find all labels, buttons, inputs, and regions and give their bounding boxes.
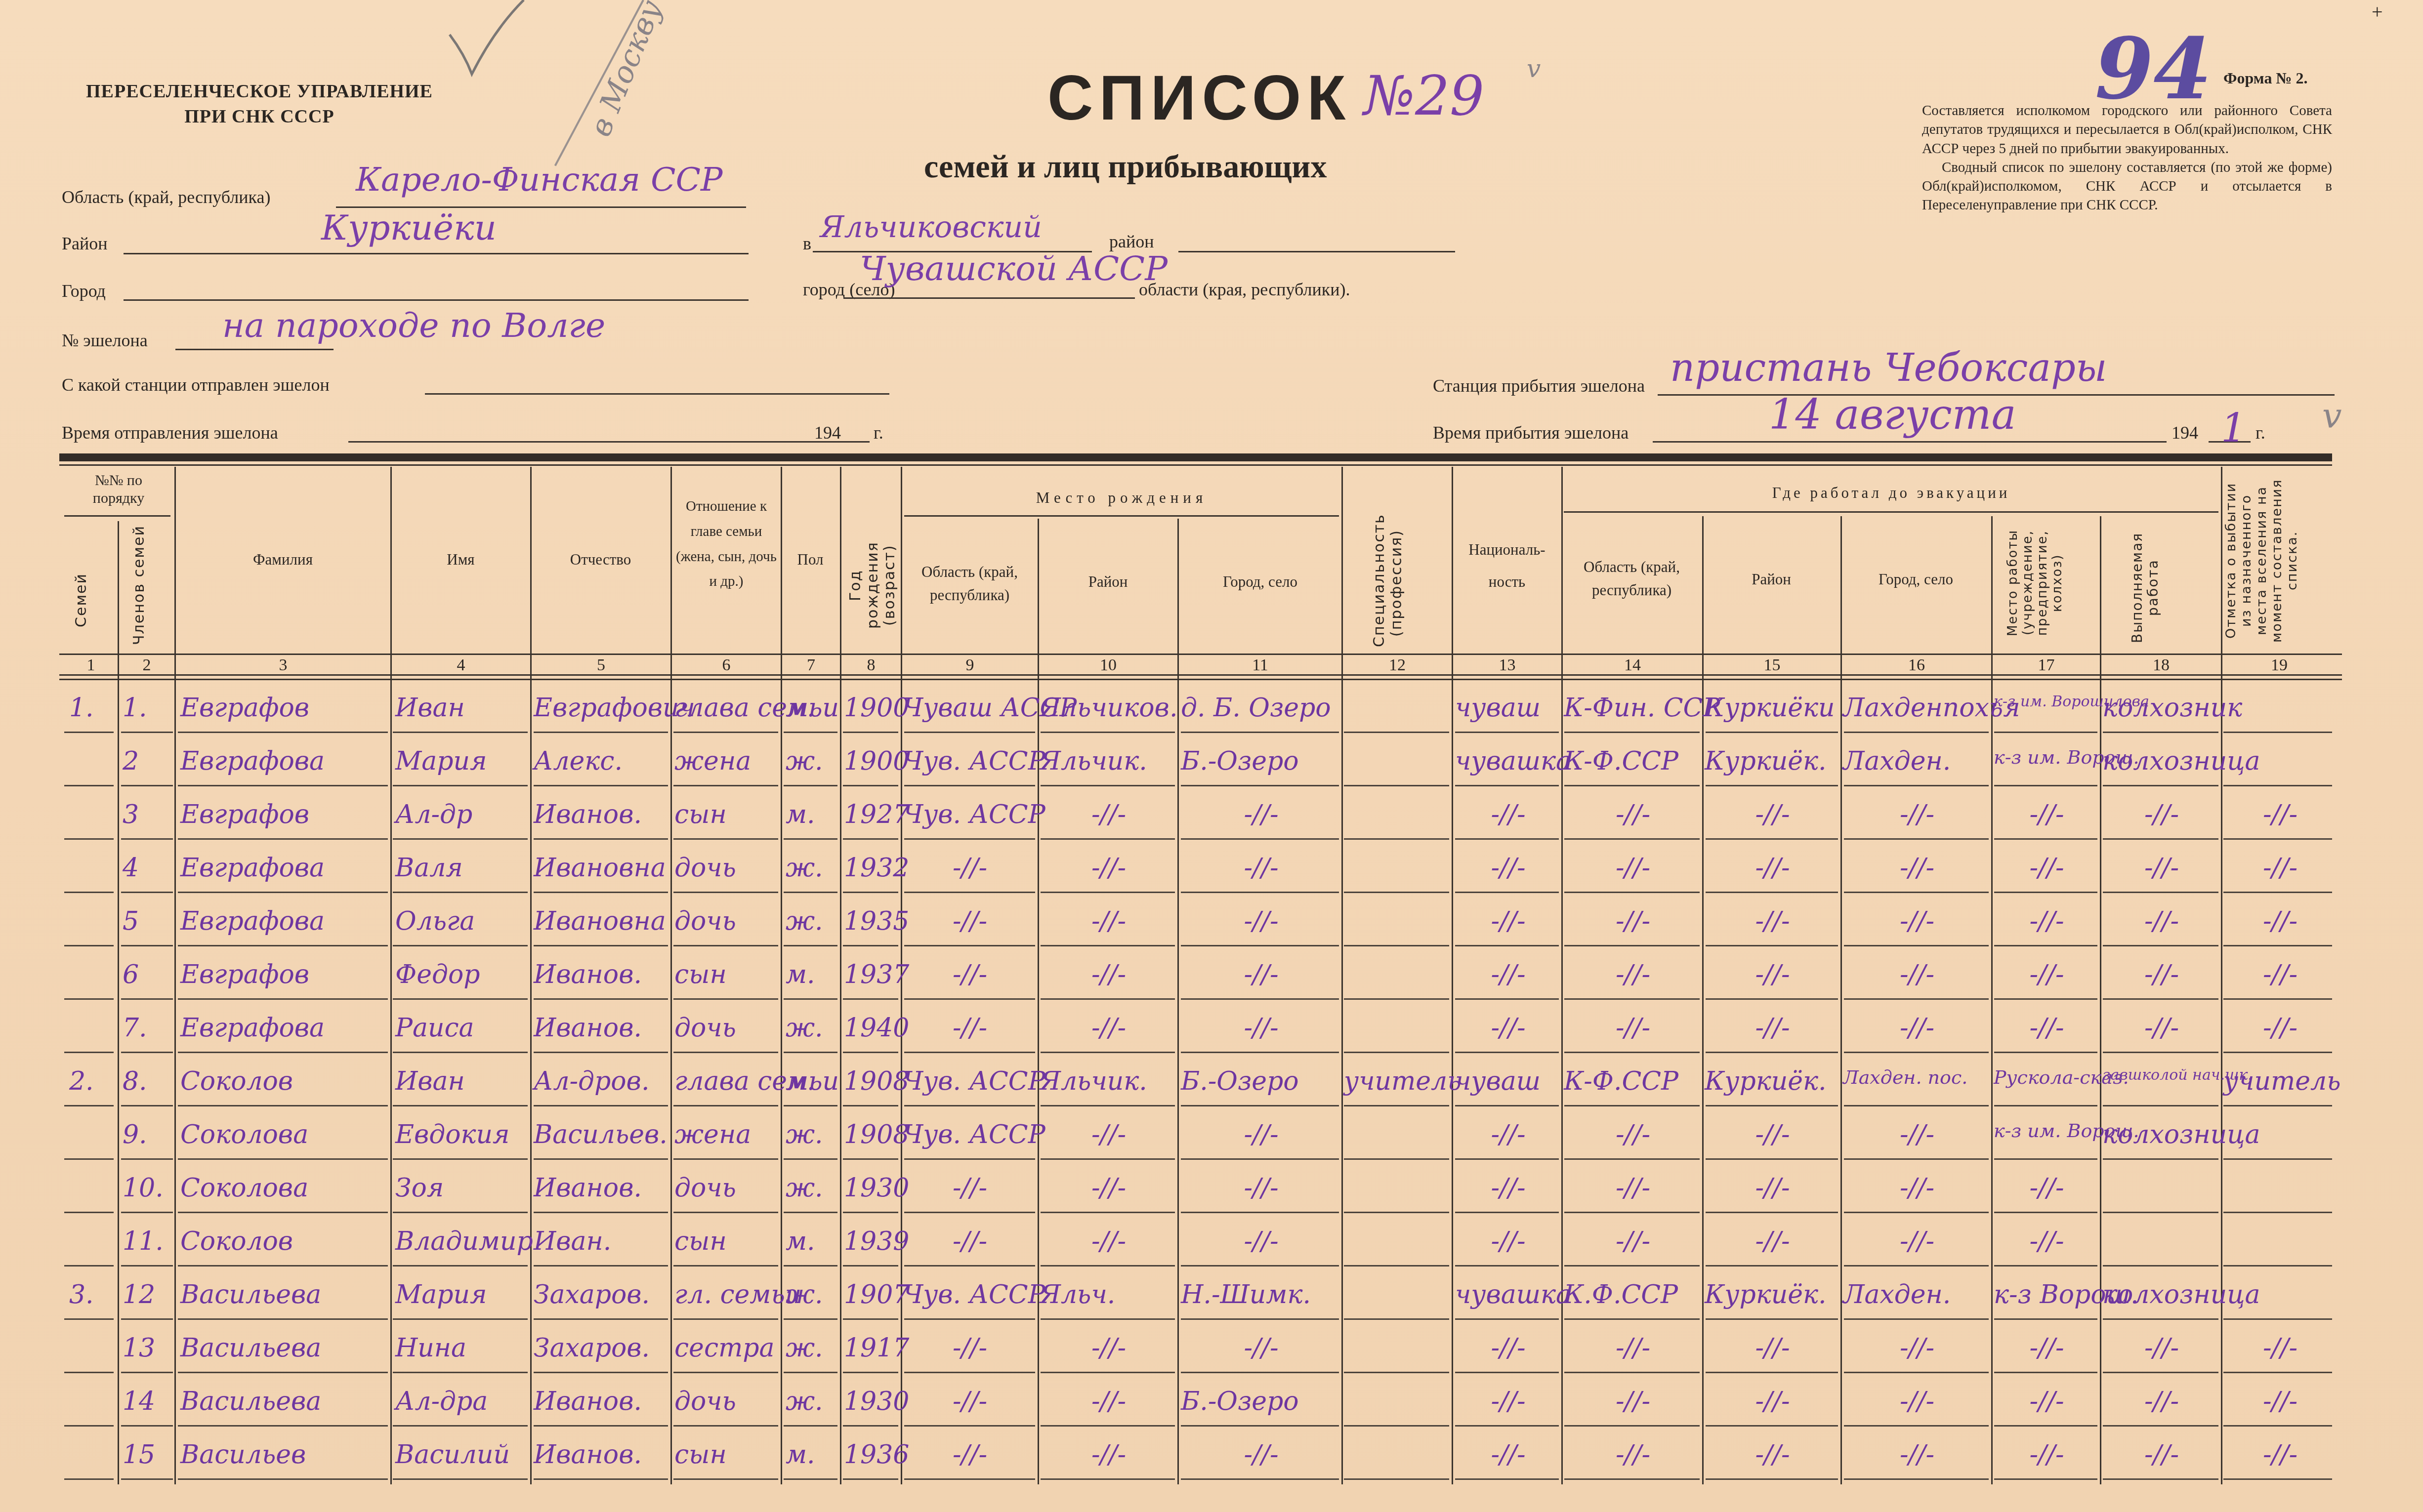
cell-nationality: -//- (1455, 1440, 1561, 1470)
cell-sex: м. (786, 960, 840, 989)
row-rule (1844, 892, 1989, 893)
row-rule (1181, 1265, 1339, 1267)
row-rule (64, 998, 114, 1000)
cell-b-rayon: -//- (1040, 960, 1177, 989)
col-divider (1452, 467, 1453, 1484)
cell-b-oblast: Чув. АССР (903, 1066, 1037, 1096)
form-label: Форма № 2. (2223, 69, 2308, 87)
col-divider (840, 467, 841, 1484)
row-rule (784, 1158, 837, 1160)
row-rule (843, 1425, 898, 1427)
col-header-11: Город, село (1180, 571, 1340, 594)
cell-w-oblast: -//- (1564, 1120, 1702, 1149)
row-rule (2103, 998, 2218, 1000)
row-rule (1181, 1212, 1339, 1213)
arrival-time-label: Время прибытия эшелона (1433, 422, 1629, 443)
workplace-group-header: Где работал до эвакуации (1564, 482, 2218, 505)
order-group-header: №№ по порядку (69, 472, 168, 507)
cell-note: -//- (2223, 1387, 2337, 1416)
row-rule (393, 1425, 528, 1427)
row-rule (1706, 732, 1838, 733)
cell-patronymic: Васильев. (534, 1120, 669, 1149)
col-num-6: 6 (672, 656, 781, 675)
cell-name: Федор (395, 960, 529, 989)
birthplace-group-rule (904, 515, 1339, 517)
col-header-4: Имя (393, 548, 529, 572)
cell-w-rayon: -//- (1705, 906, 1840, 936)
cell-year: 1907 (844, 1280, 901, 1309)
cell-w-rayon: -//- (1705, 1387, 1840, 1416)
cell-year: 1908 (844, 1120, 901, 1149)
row-rule (64, 945, 114, 946)
cell-relation: дочь (674, 1013, 781, 1043)
cell-patronymic: Евграфович (534, 693, 669, 723)
row-rule (1564, 732, 1700, 733)
cell-nationality: -//- (1455, 960, 1561, 989)
cell-w-place: к-з им. Ворошилова (1994, 693, 2100, 710)
row-rule (393, 998, 528, 1000)
row-rule (1344, 1372, 1449, 1373)
row-rule (904, 1318, 1035, 1320)
cell-b-rayon: Яльч. (1040, 1280, 1177, 1309)
row-rule (2103, 1478, 2218, 1480)
cell-w-rayon: Куркиёк. (1705, 1066, 1840, 1096)
rayon-value: Куркиёки (321, 207, 497, 248)
cell-sex: ж. (786, 746, 840, 776)
departure-year-suffix: г. (874, 422, 883, 443)
order-group-rule (64, 515, 170, 517)
cell-w-city: Лахден. пос. (1843, 1066, 1991, 1088)
cell-surname: Соколова (180, 1120, 388, 1149)
row-rule (1181, 1158, 1339, 1160)
col-num-13: 13 (1453, 656, 1561, 675)
row-rule (1344, 1052, 1449, 1053)
row-rule (1041, 998, 1175, 1000)
row-rule (64, 1052, 114, 1053)
cell-patronymic: Ивановна (534, 853, 669, 883)
cell-nationality: -//- (1455, 1173, 1561, 1203)
row-rule (2223, 732, 2332, 733)
cell-year: 1940 (844, 1013, 901, 1043)
row-rule (178, 1052, 388, 1053)
row-rule (2223, 1212, 2332, 1213)
cell-w-oblast: -//- (1564, 1226, 1702, 1256)
row-rule (1344, 732, 1449, 733)
row-rule (1344, 945, 1449, 946)
row-rule (904, 732, 1035, 733)
cell-sex: ж. (786, 906, 840, 936)
cell-profession: учитель (1344, 1066, 1452, 1096)
row-rule (673, 1265, 778, 1267)
cell-w-rayon: -//- (1705, 1226, 1840, 1256)
cell-b-oblast: Чуваш АССР (903, 693, 1037, 723)
cell-b-oblast: -//- (903, 906, 1037, 936)
cell-w-place: -//- (1994, 1226, 2100, 1256)
row-rule (1564, 892, 1700, 893)
cell-patronymic: Иванов. (534, 800, 669, 829)
cell-sex: ж. (786, 1013, 840, 1043)
cell-b-rayon: -//- (1040, 853, 1177, 883)
row-rule (1994, 1478, 2097, 1480)
cell-year: 1936 (844, 1440, 901, 1470)
cell-name: Ал-дра (395, 1387, 529, 1416)
row-rule (121, 1105, 173, 1106)
arrival-year-suffix: г. (2256, 422, 2265, 443)
cell-year: 1900 (844, 746, 901, 776)
cell-note: -//- (2223, 906, 2337, 936)
row-rule (843, 732, 898, 733)
cell-b-city: -//- (1181, 800, 1341, 829)
cell-b-oblast: -//- (903, 1013, 1037, 1043)
cell-w-oblast: -//- (1564, 1440, 1702, 1470)
cell-w-oblast: -//- (1564, 853, 1702, 883)
cell-w-job: -//- (2102, 906, 2221, 936)
row-rule (673, 945, 778, 946)
row-rule (178, 892, 388, 893)
cell-sex: ж. (786, 1120, 840, 1149)
row-rule (1844, 1212, 1989, 1213)
col-divider (530, 467, 532, 1484)
arrival-time-value: 14 августа (1769, 390, 2016, 439)
row-rule (1706, 1372, 1838, 1373)
row-rule (1455, 1425, 1559, 1427)
cell-name: Иван (395, 1066, 529, 1096)
cell-relation: дочь (674, 1387, 781, 1416)
col-num-7: 7 (782, 656, 840, 675)
cell-family: 2. (69, 1066, 116, 1096)
cell-w-place: -//- (1994, 1013, 2100, 1043)
cell-nationality: -//- (1455, 906, 1561, 936)
cell-w-rayon: -//- (1705, 1440, 1840, 1470)
row-rule (1844, 1158, 1989, 1160)
row-rule (1844, 1425, 1989, 1427)
cell-w-rayon: -//- (1705, 1333, 1840, 1363)
cell-member: 13 (123, 1333, 172, 1363)
cell-member: 1. (123, 693, 172, 723)
col-num-3: 3 (176, 656, 390, 675)
instructions-paragraph-1: Составляется исполкомом городского или р… (1922, 101, 2332, 158)
col-header-3: Фамилия (178, 548, 388, 572)
row-rule (64, 1212, 114, 1213)
row-rule (393, 1105, 528, 1106)
agency-line-2: ПРИ СНК СССР (62, 104, 457, 129)
cell-b-oblast: Чув. АССР (903, 1120, 1037, 1149)
col-header-13: Националь-ность (1455, 533, 1559, 598)
cell-w-oblast: -//- (1564, 1173, 1702, 1203)
row-rule (178, 998, 388, 1000)
row-rule (1455, 945, 1559, 946)
cell-b-rayon: -//- (1040, 1226, 1177, 1256)
eshelon-underline (175, 349, 334, 350)
row-rule (1181, 998, 1339, 1000)
row-rule (121, 732, 173, 733)
row-rule (121, 892, 173, 893)
cell-note: учитель (2223, 1066, 2337, 1096)
cell-sex: м. (786, 693, 840, 723)
row-rule (904, 1052, 1035, 1053)
cell-w-oblast: -//- (1564, 1333, 1702, 1363)
departure-time-underline (348, 441, 862, 443)
table-top-rule (59, 453, 2332, 461)
cell-name: Мария (395, 746, 529, 776)
row-rule (121, 785, 173, 786)
row-rule (2223, 892, 2332, 893)
cell-nationality: -//- (1455, 1226, 1561, 1256)
row-rule (673, 1158, 778, 1160)
cell-surname: Васильев (180, 1440, 388, 1470)
row-rule (784, 1265, 837, 1267)
row-rule (843, 1212, 898, 1213)
cell-sex: м. (786, 1066, 840, 1096)
cell-b-rayon: -//- (1040, 1387, 1177, 1416)
row-rule (1041, 1052, 1175, 1053)
cell-year: 1939 (844, 1226, 901, 1256)
row-rule (784, 1372, 837, 1373)
col-num-12: 12 (1343, 656, 1452, 675)
cell-relation: дочь (674, 853, 781, 883)
row-rule (1041, 1158, 1175, 1160)
row-rule (673, 1212, 778, 1213)
cell-surname: Васильева (180, 1280, 388, 1309)
cell-b-city: Н.-Шимк. (1181, 1280, 1341, 1309)
cell-b-rayon: -//- (1040, 1120, 1177, 1149)
cell-relation: глава семьи (674, 1066, 781, 1096)
cell-nationality: -//- (1455, 1013, 1561, 1043)
oblast-value: Карело-Финская ССР (356, 161, 722, 199)
col-num-16: 16 (1842, 656, 1991, 675)
cell-w-place: к-з Ворош. (1994, 1280, 2100, 1309)
cell-w-place: к-з им. Ворош. (1994, 1120, 2100, 1142)
cell-surname: Васильева (180, 1387, 388, 1416)
cell-w-city: -//- (1843, 853, 1991, 883)
cell-surname: Евграфова (180, 853, 388, 883)
cell-member: 14 (123, 1387, 172, 1416)
cell-member: 10. (123, 1173, 172, 1203)
cell-b-city: -//- (1181, 1013, 1341, 1043)
row-rule (121, 998, 173, 1000)
row-rule (2103, 1265, 2218, 1267)
departure-time-label: Время отправления эшелона (62, 422, 278, 443)
arrival-station-value: пристань Чебоксары (1670, 346, 2107, 390)
row-rule (1994, 1372, 2097, 1373)
col-num-5: 5 (532, 656, 670, 675)
row-rule (1041, 1425, 1175, 1427)
corner-plus: + (2372, 0, 2383, 23)
row-rule (1041, 1212, 1175, 1213)
row-rule (1181, 1372, 1339, 1373)
row-rule (904, 1425, 1035, 1427)
row-rule (2103, 1425, 2218, 1427)
row-rule (534, 1265, 668, 1267)
cell-relation: сын (674, 800, 781, 829)
row-rule (2223, 1105, 2332, 1106)
col-header-7: Пол (783, 548, 837, 572)
row-rule (178, 838, 388, 840)
row-rule (534, 785, 668, 786)
cell-relation: жена (674, 746, 781, 776)
cell-name: Иван (395, 693, 529, 723)
row-rule (1455, 892, 1559, 893)
row-rule (1844, 945, 1989, 946)
row-rule (1041, 732, 1175, 733)
cell-name: Мария (395, 1280, 529, 1309)
cell-name: Раиса (395, 1013, 529, 1043)
row-rule (1994, 1425, 2097, 1427)
cell-member: 6 (123, 960, 172, 989)
row-rule (673, 998, 778, 1000)
cell-nationality: -//- (1455, 1387, 1561, 1416)
row-rule (1455, 1212, 1559, 1213)
cell-name: Нина (395, 1333, 529, 1363)
row-rule (1181, 892, 1339, 893)
cell-patronymic: Захаров. (534, 1333, 669, 1363)
row-rule (673, 785, 778, 786)
col-header-6: Отношение к главе семьи (жена, сын, дочь… (674, 494, 778, 594)
cell-w-job: -//- (2102, 1440, 2221, 1470)
row-rule (1706, 785, 1838, 786)
row-rule (178, 785, 388, 786)
row-rule (534, 838, 668, 840)
station-from-underline (425, 393, 889, 395)
header-bottom-rule-2 (59, 679, 2342, 680)
cell-w-rayon: -//- (1705, 853, 1840, 883)
row-rule (121, 1425, 173, 1427)
col-header-19: Отметка о выбытии из назначенного места … (2223, 472, 2332, 650)
cell-b-oblast: Чув. АССР (903, 746, 1037, 776)
row-rule (1706, 1478, 1838, 1480)
row-rule (1706, 1212, 1838, 1213)
row-rule (1994, 1265, 2097, 1267)
row-rule (1455, 838, 1559, 840)
cell-surname: Соколов (180, 1226, 388, 1256)
col-num-17: 17 (1993, 656, 2100, 675)
row-rule (2223, 785, 2332, 786)
cell-patronymic: Иванов. (534, 1387, 669, 1416)
cell-b-rayon: -//- (1040, 1013, 1177, 1043)
cell-relation: глава семьи (674, 693, 781, 723)
cell-w-job: -//- (2102, 1013, 2221, 1043)
cell-b-oblast: -//- (903, 1387, 1037, 1416)
row-rule (1994, 998, 2097, 1000)
form-instructions: Составляется исполкомом городского или р… (1922, 101, 2332, 215)
cell-w-oblast: -//- (1564, 960, 1702, 989)
row-rule (1706, 945, 1838, 946)
arrival-time-underline (1653, 441, 2167, 443)
cell-w-city: -//- (1843, 1120, 1991, 1149)
cell-name: Евдокия (395, 1120, 529, 1149)
cell-note: -//- (2223, 1013, 2337, 1043)
row-rule (64, 1478, 114, 1480)
cell-relation: сын (674, 1440, 781, 1470)
row-rule (904, 1372, 1035, 1373)
row-rule (2103, 785, 2218, 786)
cell-sex: м. (786, 1440, 840, 1470)
cell-b-rayon: Яльчиков. (1040, 693, 1177, 723)
row-rule (673, 1372, 778, 1373)
cell-relation: дочь (674, 1173, 781, 1203)
row-rule (1344, 838, 1449, 840)
row-rule (534, 1478, 668, 1480)
row-rule (843, 1052, 898, 1053)
row-rule (673, 1425, 778, 1427)
cell-patronymic: Иванов. (534, 1440, 669, 1470)
cell-nationality: -//- (1455, 853, 1561, 883)
row-rule (2103, 945, 2218, 946)
row-rule (1344, 1212, 1449, 1213)
cell-b-city: -//- (1181, 1120, 1341, 1149)
row-rule (1181, 1425, 1339, 1427)
cell-patronymic: Иванов. (534, 960, 669, 989)
row-rule (1564, 785, 1700, 786)
cell-patronymic: Ал-дров. (534, 1066, 669, 1096)
row-rule (1041, 1105, 1175, 1106)
pencil-tick-right: v (2322, 395, 2342, 436)
row-rule (534, 1158, 668, 1160)
cell-w-city: -//- (1843, 1013, 1991, 1043)
cell-sex: м. (786, 1226, 840, 1256)
row-rule (1181, 1105, 1339, 1106)
col-header-14: Область (край, республика) (1564, 556, 1700, 602)
cell-surname: Евграфова (180, 906, 388, 936)
cell-b-city: Б.-Озеро (1181, 746, 1341, 776)
col-header-9: Область (край, республика) (904, 561, 1035, 607)
row-rule (784, 838, 837, 840)
cell-nationality: -//- (1455, 1120, 1561, 1149)
arrival-station-label: Станция прибытия эшелона (1433, 375, 1645, 396)
cell-sex: м. (786, 800, 840, 829)
gorod-label: Город (62, 281, 106, 301)
row-rule (1455, 1318, 1559, 1320)
cell-surname: Евграфова (180, 1013, 388, 1043)
row-rule (904, 945, 1035, 946)
row-rule (121, 1052, 173, 1053)
cell-nationality: чувашка (1455, 1280, 1561, 1309)
row-rule (393, 1318, 528, 1320)
row-rule (2223, 1372, 2332, 1373)
cell-b-oblast: -//- (903, 960, 1037, 989)
eshelon-label: № эшелона (62, 330, 148, 351)
cell-relation: сестра (674, 1333, 781, 1363)
col-divider (781, 467, 782, 1484)
row-rule (1344, 1105, 1449, 1106)
row-rule (178, 732, 388, 733)
row-rule (2223, 838, 2332, 840)
cell-w-oblast: -//- (1564, 1387, 1702, 1416)
cell-year: 1932 (844, 853, 901, 883)
cell-sex: ж. (786, 1173, 840, 1203)
cell-w-city: Лахден. (1843, 1280, 1991, 1309)
row-rule (178, 1318, 388, 1320)
cell-w-place: Рускола-сказ. (1994, 1066, 2100, 1088)
row-rule (1994, 1212, 2097, 1213)
row-rule (393, 785, 528, 786)
row-rule (1706, 1105, 1838, 1106)
cell-member: 12 (123, 1280, 172, 1309)
table-top-thin-rule (59, 464, 2332, 466)
row-rule (1564, 838, 1700, 840)
row-rule (1706, 1318, 1838, 1320)
row-rule (1041, 785, 1175, 786)
cell-w-rayon: -//- (1705, 1013, 1840, 1043)
row-rule (1706, 1052, 1838, 1053)
workplace-group-rule (1564, 511, 2218, 513)
cell-b-city: Б.-Озеро (1181, 1066, 1341, 1096)
row-rule (1844, 732, 1989, 733)
row-rule (121, 1265, 173, 1267)
row-rule (1344, 1478, 1449, 1480)
row-rule (1844, 1052, 1989, 1053)
cell-name: Ал-др (395, 800, 529, 829)
